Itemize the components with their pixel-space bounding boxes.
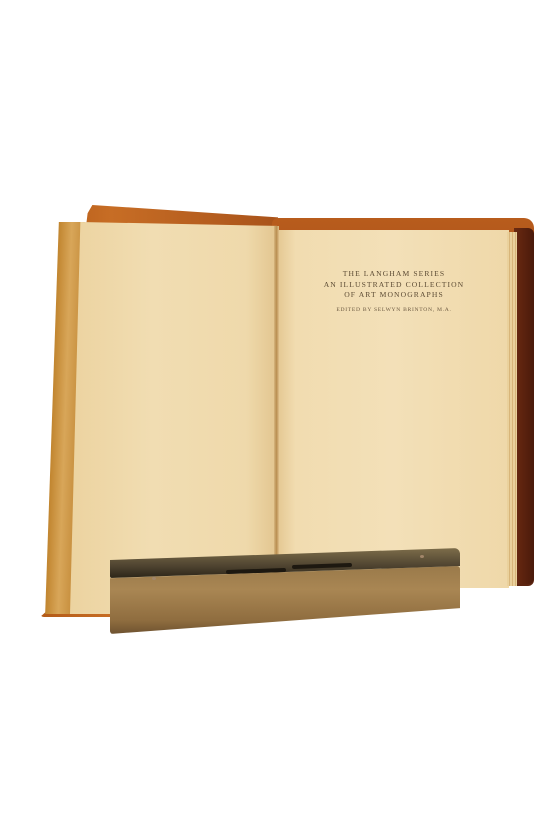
photo-scene: THE LANGHAM SERIES AN ILLUSTRATED COLLEC…	[0, 0, 550, 825]
series-subtitle-1: AN ILLUSTRATED COLLECTION	[280, 280, 508, 291]
series-title: THE LANGHAM SERIES	[280, 269, 508, 280]
book-left-page	[70, 222, 277, 614]
book-page-stack	[507, 232, 517, 586]
screw-icon	[420, 555, 424, 558]
screw-icon	[152, 577, 156, 580]
editor-credit: EDITED BY SELWYN BRINTON, M.A.	[280, 307, 508, 313]
book-cover-right-edge	[514, 228, 534, 584]
title-page-text: THE LANGHAM SERIES AN ILLUSTRATED COLLEC…	[280, 269, 508, 313]
book-gutter	[274, 226, 279, 611]
series-subtitle-2: OF ART MONOGRAPHS	[280, 290, 508, 301]
